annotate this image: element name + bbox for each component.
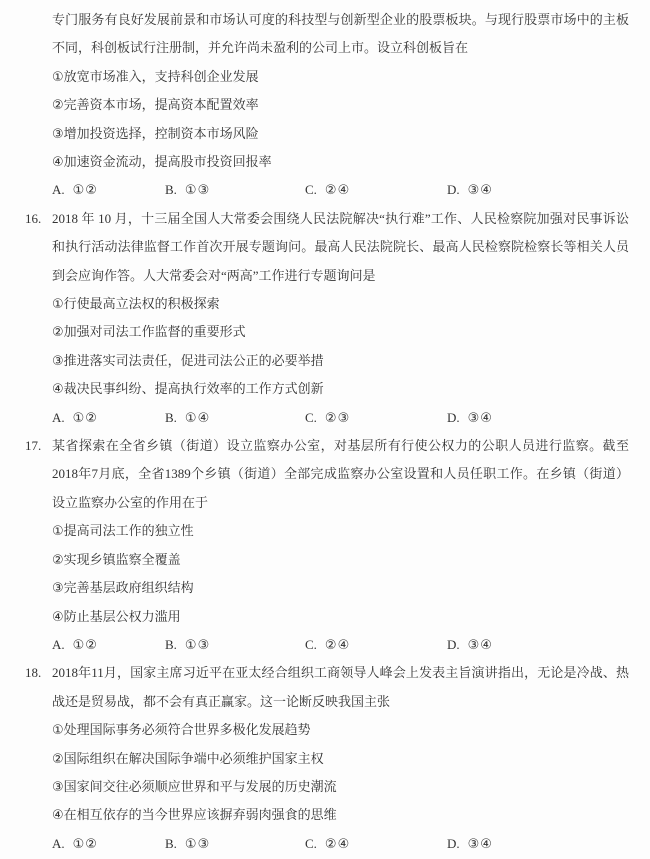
question-block-18: 18. 2018年11月，国家主席习近平在亚太经合组织工商领导人峰会上发表主旨演… xyxy=(25,659,629,858)
question-block-17: 17. 某省探索在全省乡镇（街道）设立监察办公室，对基层所有行使公权力的公职人员… xyxy=(25,432,629,659)
choice-value: ②④ xyxy=(325,836,350,851)
question-option-1: ①放宽市场准入，支持科创企业发展 xyxy=(52,63,629,91)
question-number: 18. xyxy=(25,659,52,858)
choice-value: ①② xyxy=(73,836,98,851)
answer-choice-b: B.①③ xyxy=(165,631,210,659)
choice-label: A. xyxy=(52,836,65,851)
exam-page: 专门服务有良好发展前景和市场认可度的科技型与创新型企业的股票板块。与现行股票市场… xyxy=(0,0,650,859)
answer-choice-a: A.①② xyxy=(52,830,98,858)
choice-value: ①④ xyxy=(185,410,210,425)
answer-choice-b: B.①④ xyxy=(165,404,210,432)
question-number: 16. xyxy=(25,205,52,432)
choice-value: ③④ xyxy=(468,637,493,652)
choice-value: ①② xyxy=(73,182,98,197)
answer-choice-c: C.②④ xyxy=(305,176,350,204)
choice-label: D. xyxy=(447,410,460,425)
answer-choice-d: D.③④ xyxy=(447,404,493,432)
question-stem: 2018 年 10 月，十三届全国人大常委会围绕人民法院解决“执行难”工作、人民… xyxy=(52,205,629,290)
choice-value: ①② xyxy=(73,637,98,652)
question-option-3: ③完善基层政府组织结构 xyxy=(52,574,629,602)
answer-choice-a: A.①② xyxy=(52,176,98,204)
choice-label: A. xyxy=(52,182,65,197)
question-option-4: ④防止基层公权力滥用 xyxy=(52,603,629,631)
choice-label: B. xyxy=(165,182,177,197)
question-option-3: ③推进落实司法责任，促进司法公正的必要举措 xyxy=(52,347,629,375)
choice-label: C. xyxy=(305,836,317,851)
question-option-2: ②加强对司法工作监督的重要形式 xyxy=(52,318,629,346)
choice-value: ③④ xyxy=(468,410,493,425)
choice-value: ①③ xyxy=(185,182,210,197)
choice-value: ①③ xyxy=(185,836,210,851)
choice-label: C. xyxy=(305,410,317,425)
question-number xyxy=(25,6,52,205)
choice-label: C. xyxy=(305,637,317,652)
choice-value: ①② xyxy=(73,410,98,425)
question-option-1: ①提高司法工作的独立性 xyxy=(52,517,629,545)
choice-label: B. xyxy=(165,637,177,652)
answer-choice-c: C.②③ xyxy=(305,404,350,432)
answer-choices-row: A.①② B.①④ C.②③ D.③④ xyxy=(52,404,629,432)
question-option-4: ④在相互依存的当今世界应该摒弃弱肉强食的思维 xyxy=(52,801,629,829)
choice-label: D. xyxy=(447,182,460,197)
answer-choices-row: A.①② B.①③ C.②④ D.③④ xyxy=(52,830,629,858)
answer-choices-row: A.①② B.①③ C.②④ D.③④ xyxy=(52,176,629,204)
choice-label: D. xyxy=(447,836,460,851)
question-option-4: ④裁决民事纠纷、提高执行效率的工作方式创新 xyxy=(52,375,629,403)
question-option-3: ③国家间交往必须顺应世界和平与发展的历史潮流 xyxy=(52,773,629,801)
answer-choice-a: A.①② xyxy=(52,404,98,432)
question-number: 17. xyxy=(25,432,52,659)
choice-value: ③④ xyxy=(468,182,493,197)
question-option-2: ②完善资本市场，提高资本配置效率 xyxy=(52,91,629,119)
question-option-1: ①行使最高立法权的积极探索 xyxy=(52,290,629,318)
choice-value: ①③ xyxy=(185,637,210,652)
answer-choice-c: C.②④ xyxy=(305,830,350,858)
choice-label: A. xyxy=(52,410,65,425)
choice-value: ②④ xyxy=(325,182,350,197)
question-option-2: ②实现乡镇监察全覆盖 xyxy=(52,546,629,574)
question-stem: 专门服务有良好发展前景和市场认可度的科技型与创新型企业的股票板块。与现行股票市场… xyxy=(52,6,629,63)
choice-label: D. xyxy=(447,637,460,652)
question-block-15: 专门服务有良好发展前景和市场认可度的科技型与创新型企业的股票板块。与现行股票市场… xyxy=(25,6,629,205)
choice-label: C. xyxy=(305,182,317,197)
answer-choice-b: B.①③ xyxy=(165,176,210,204)
choice-label: B. xyxy=(165,410,177,425)
question-stem: 某省探索在全省乡镇（街道）设立监察办公室，对基层所有行使公权力的公职人员进行监察… xyxy=(52,432,629,517)
answer-choices-row: A.①② B.①③ C.②④ D.③④ xyxy=(52,631,629,659)
question-option-3: ③增加投资选择，控制资本市场风险 xyxy=(52,120,629,148)
choice-label: A. xyxy=(52,637,65,652)
answer-choice-d: D.③④ xyxy=(447,176,493,204)
choice-value: ②④ xyxy=(325,637,350,652)
answer-choice-b: B.①③ xyxy=(165,830,210,858)
answer-choice-a: A.①② xyxy=(52,631,98,659)
answer-choice-d: D.③④ xyxy=(447,631,493,659)
answer-choice-d: D.③④ xyxy=(447,830,493,858)
question-stem: 2018年11月，国家主席习近平在亚太经合组织工商领导人峰会上发表主旨演讲指出，… xyxy=(52,659,629,716)
choice-label: B. xyxy=(165,836,177,851)
question-block-16: 16. 2018 年 10 月，十三届全国人大常委会围绕人民法院解决“执行难”工… xyxy=(25,205,629,432)
question-option-4: ④加速资金流动，提高股市投资回报率 xyxy=(52,148,629,176)
question-option-1: ①处理国际事务必须符合世界多极化发展趋势 xyxy=(52,716,629,744)
question-option-2: ②国际组织在解决国际争端中必须维护国家主权 xyxy=(52,745,629,773)
answer-choice-c: C.②④ xyxy=(305,631,350,659)
choice-value: ②③ xyxy=(325,410,350,425)
choice-value: ③④ xyxy=(468,836,493,851)
